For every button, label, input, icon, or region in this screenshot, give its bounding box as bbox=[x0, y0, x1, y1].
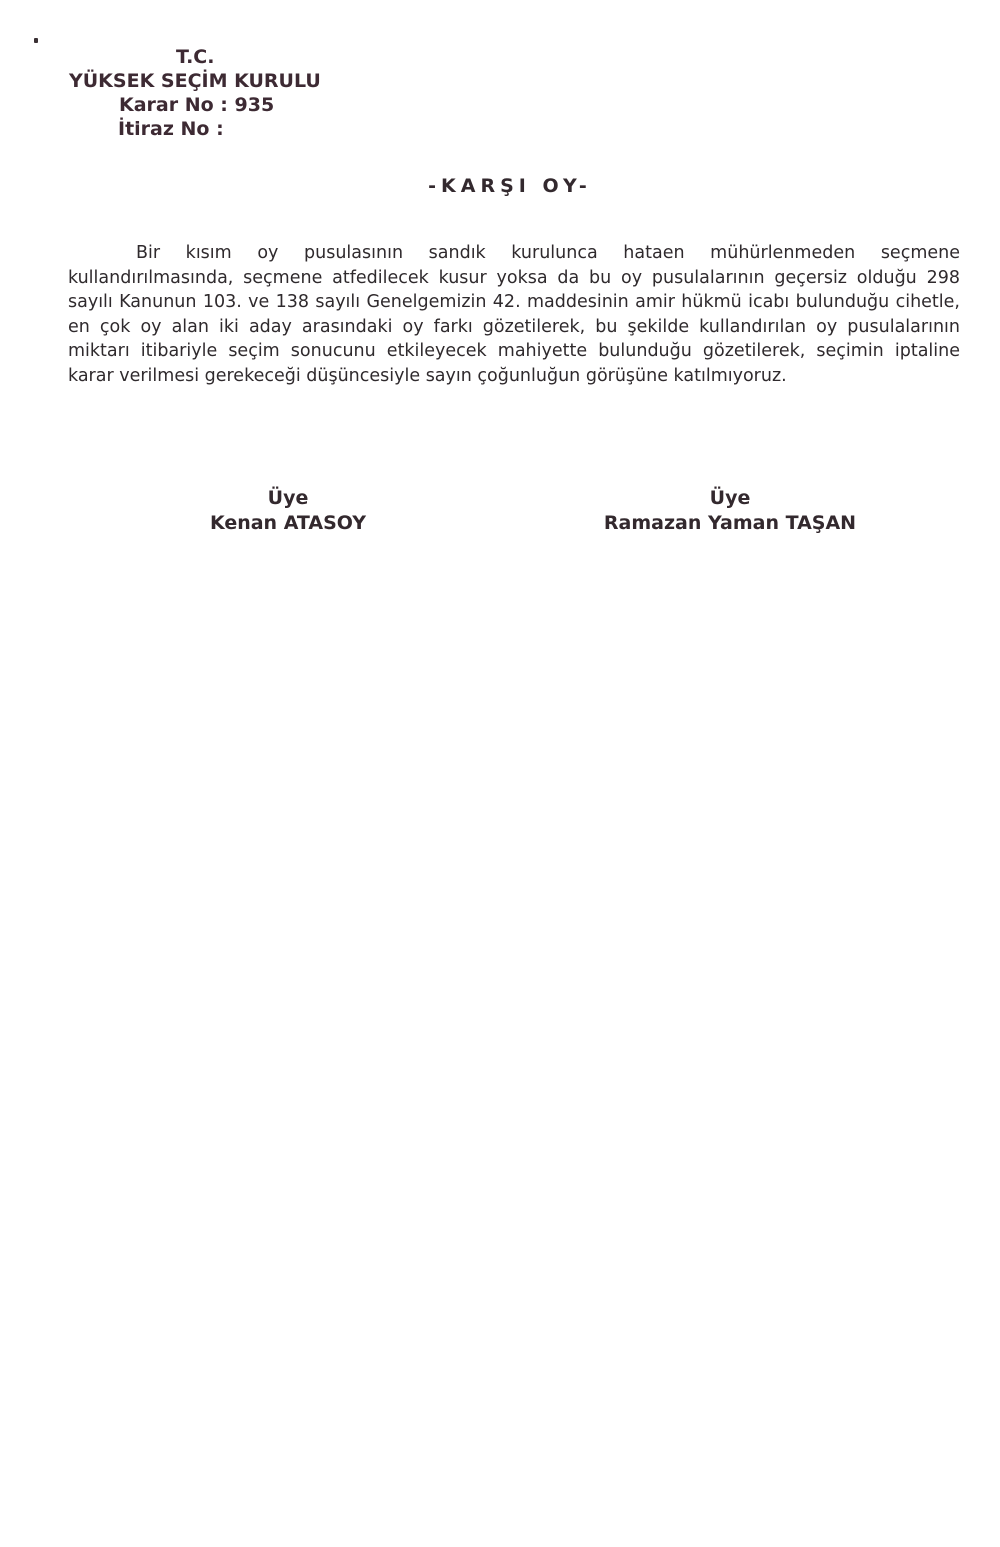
signature-role: Üye bbox=[580, 486, 880, 511]
signature-name: Kenan ATASOY bbox=[188, 511, 388, 536]
decision-number-label: Karar No : bbox=[119, 94, 228, 116]
document-header: T.C. YÜKSEK SEÇİM KURULU Karar No : 935 … bbox=[66, 45, 326, 141]
header-institution: YÜKSEK SEÇİM KURULU bbox=[66, 69, 326, 93]
signature-name: Ramazan Yaman TAŞAN bbox=[580, 511, 880, 536]
header-decision-number: Karar No : 935 bbox=[66, 93, 326, 117]
signature-left: Üye Kenan ATASOY bbox=[188, 486, 388, 536]
objection-number-label: İtiraz No : bbox=[118, 118, 224, 140]
scan-artifact-dot bbox=[34, 38, 38, 43]
signature-role: Üye bbox=[188, 486, 388, 511]
document-title: -KARŞI OY- bbox=[0, 175, 1000, 197]
header-tc: T.C. bbox=[66, 45, 326, 69]
header-objection-number: İtiraz No : bbox=[66, 117, 326, 141]
decision-number-value: 935 bbox=[235, 94, 275, 116]
dissent-paragraph: Bir kısım oy pusulasının sandık kurulunc… bbox=[68, 241, 960, 388]
signature-right: Üye Ramazan Yaman TAŞAN bbox=[580, 486, 880, 536]
